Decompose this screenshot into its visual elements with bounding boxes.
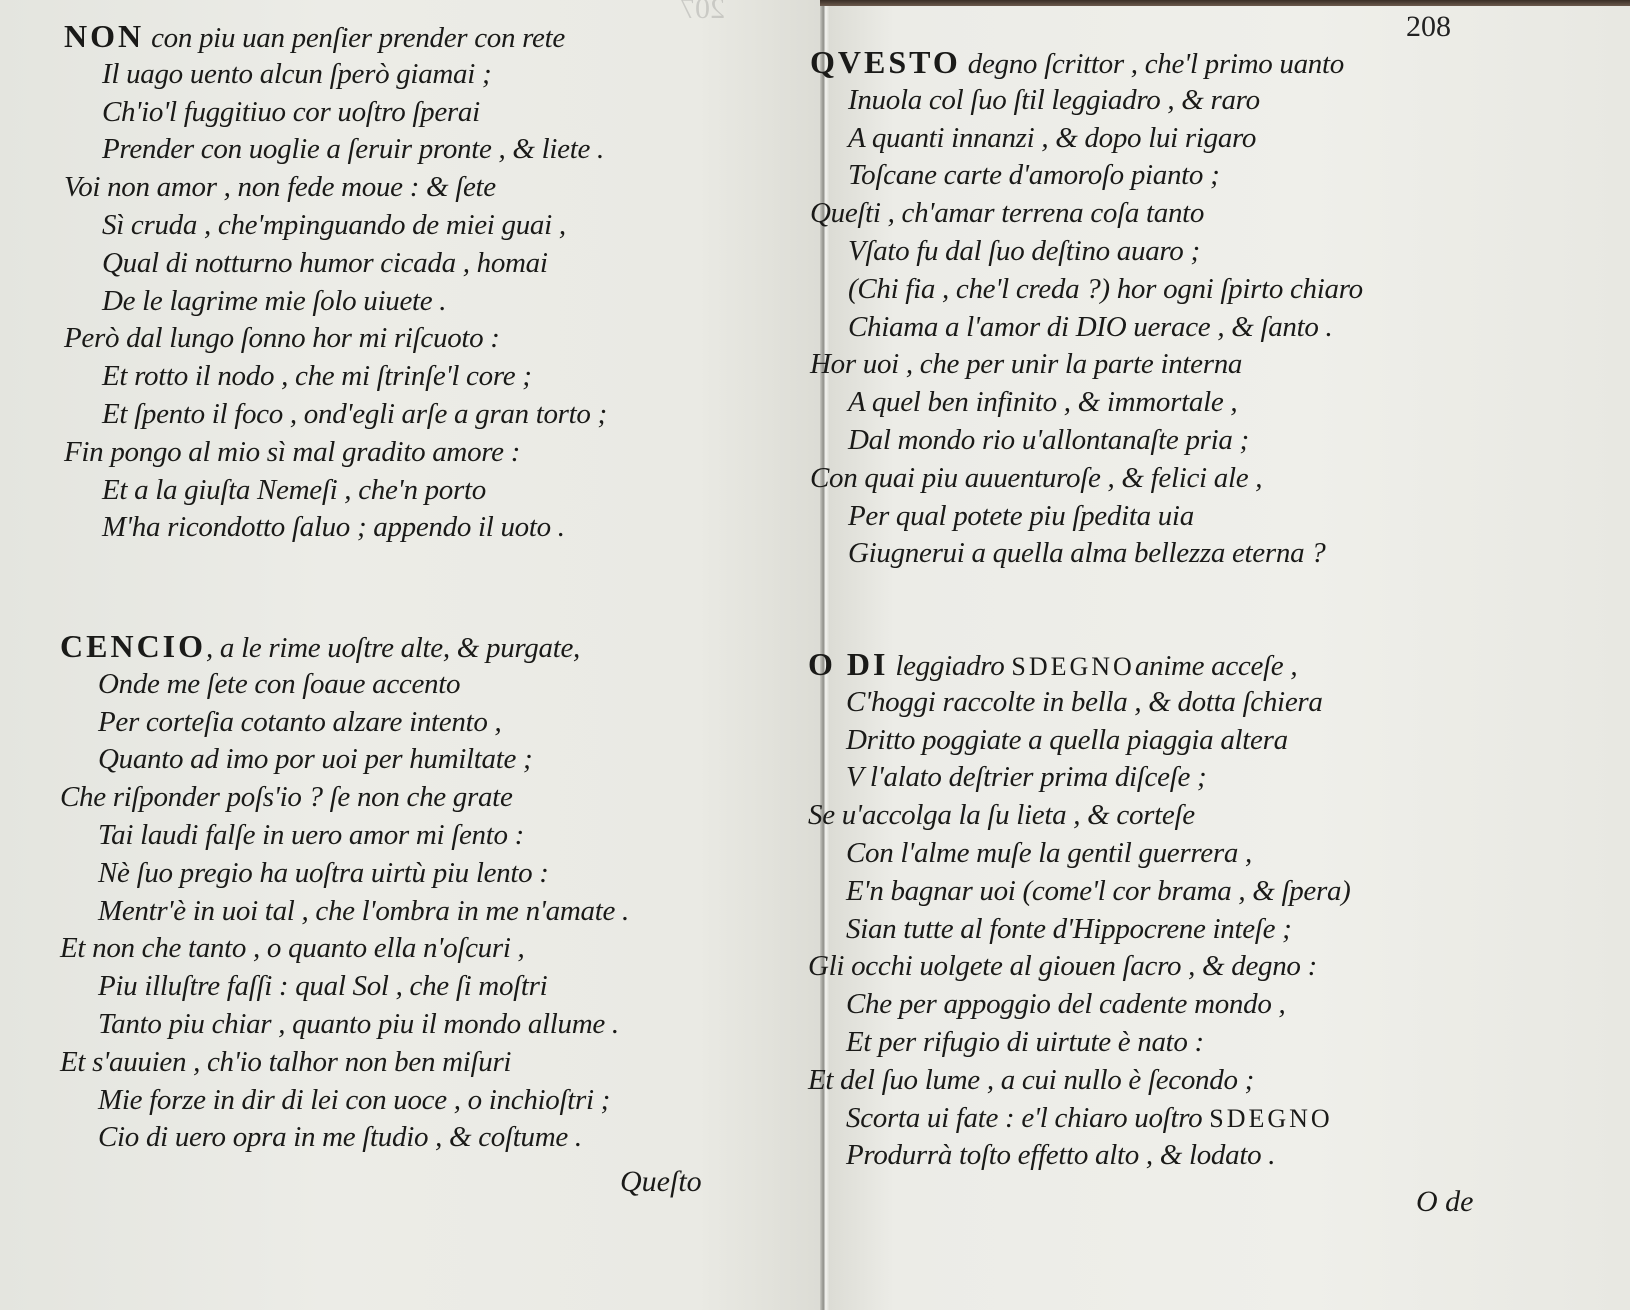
- poem-line: Ch'io'l fuggitiuo cor uoſtro ſperai: [64, 94, 607, 132]
- first-word-caps: CENCIO: [60, 628, 206, 664]
- poem-line: Qual di notturno humor cicada , homai: [64, 245, 607, 283]
- poem-line: Con l'alme muſe la gentil guerrera ,: [808, 835, 1351, 873]
- poem-line: Per corteſia cotanto alzare intento ,: [60, 704, 629, 742]
- poem-line: Il uago uento alcun ſperò giamai ;: [64, 56, 607, 94]
- poem-line: Onde me ſete con ſoaue accento: [60, 666, 629, 704]
- poem-line: A quel ben infinito , & immortale ,: [810, 384, 1363, 422]
- poem-line: Gli occhi uolgete al giouen ſacro , & de…: [808, 948, 1351, 986]
- poem-line: Vſato fu dal ſuo deſtino auaro ;: [810, 233, 1363, 271]
- first-line-text: con piu uan penſier prender con rete: [151, 22, 565, 54]
- poem-line: Se u'accolga la ſu lieta , & corteſe: [808, 797, 1351, 835]
- poem-line: Prender con uoglie a ſeruir pronte , & l…: [64, 131, 607, 169]
- book-spread: 207 NON con piu uan penſier prender con …: [0, 0, 1630, 1310]
- poem-line: Produrrà toſto effetto alto , & lodato .: [808, 1137, 1351, 1175]
- poem-line: CENCIO, a le rime uoſtre alte, & purgate…: [60, 628, 629, 666]
- first-line-text: , a le rime uoſtre alte, & purgate,: [206, 632, 580, 664]
- poem-line: Toſcane carte d'amoroſo pianto ;: [810, 157, 1363, 195]
- first-line-text: degno ſcrittor , che'l primo uanto: [968, 48, 1344, 80]
- poem-line: Queſti , ch'amar terrena coſa tanto: [810, 195, 1363, 233]
- left-sonnet-1: NON con piu uan penſier prender con rete…: [64, 18, 607, 547]
- first-word-caps: O DI: [808, 646, 888, 682]
- catchword: O de: [1416, 1185, 1473, 1219]
- poem-line: O DI leggiadro SDEGNOanime acceſe ,: [808, 646, 1351, 684]
- poem-line: C'hoggi raccolte in bella , & dotta ſchi…: [808, 684, 1351, 722]
- poem-line: Et ſpento il foco , ond'egli arſe a gran…: [64, 396, 607, 434]
- poem-line: (Chi fia , che'l creda ?) hor ogni ſpirt…: [810, 271, 1363, 309]
- poem-line: Tai laudi falſe in uero amor mi ſento :: [60, 817, 629, 855]
- poem-line: Mie forze in dir di lei con uoce , o inc…: [60, 1082, 629, 1120]
- poem-line: Che per appoggio del cadente mondo ,: [808, 986, 1351, 1024]
- catchword: Queſto: [620, 1165, 702, 1199]
- binding-edge: [820, 0, 1630, 6]
- first-word-caps: NON: [64, 18, 144, 54]
- poem-line: Nè ſuo pregio ha uoſtra uirtù piu lento …: [60, 855, 629, 893]
- right-sonnet-1: QVESTO degno ſcrittor , che'l primo uant…: [810, 44, 1363, 573]
- poem-line: Et s'auuien , ch'io talhor non ben miſur…: [60, 1044, 629, 1082]
- poem-line: Et non che tanto , o quanto ella n'oſcur…: [60, 930, 629, 968]
- page-number: 208: [1406, 10, 1451, 44]
- poem-line: Mentr'è in uoi tal , che l'ombra in me n…: [60, 893, 629, 931]
- poem-line: Dritto poggiate a quella piaggia altera: [808, 722, 1351, 760]
- poem-line: E'n bagnar uoi (come'l cor brama , & ſpe…: [808, 873, 1351, 911]
- left-page: 207 NON con piu uan penſier prender con …: [0, 0, 820, 1310]
- poem-line: QVESTO degno ſcrittor , che'l primo uant…: [810, 44, 1363, 82]
- poem-line: M'ha ricondotto ſaluo ; appendo il uoto …: [64, 509, 607, 547]
- first-word-caps: QVESTO: [810, 44, 961, 80]
- poem-line: Giugnerui a quella alma bellezza eterna …: [810, 535, 1363, 573]
- right-sonnet-2: O DI leggiadro SDEGNOanime acceſe , C'ho…: [808, 646, 1351, 1175]
- poem-line: Che riſponder poſs'io ? ſe non che grate: [60, 779, 629, 817]
- poem-line: Sì cruda , che'mpinguando de miei guai ,: [64, 207, 607, 245]
- poem-line: Cio di uero opra in me ſtudio , & coſtum…: [60, 1119, 629, 1157]
- poem-line: Quanto ad imo por uoi per humiltate ;: [60, 741, 629, 779]
- poem-line: Voi non amor , non fede moue : & ſete: [64, 169, 607, 207]
- poem-line: Tanto piu chiar , quanto piu il mondo al…: [60, 1006, 629, 1044]
- poem-line: Però dal lungo ſonno hor mi riſcuoto :: [64, 320, 607, 358]
- left-sonnet-2: CENCIO, a le rime uoſtre alte, & purgate…: [60, 628, 629, 1157]
- first-line-text: leggiadro: [895, 650, 1004, 682]
- poem-line: V l'alato deſtrier prima diſceſe ;: [808, 759, 1351, 797]
- poem-line-text: Scorta ui fate : e'l chiaro uoſtro: [846, 1102, 1202, 1134]
- poem-line: Et rotto il nodo , che mi ſtrinſe'l core…: [64, 358, 607, 396]
- poem-line: Et del ſuo lume , a cui nullo è ſecondo …: [808, 1062, 1351, 1100]
- poem-line: A quanti innanzi , & dopo lui rigaro: [810, 120, 1363, 158]
- right-page: 208 QVESTO degno ſcrittor , che'l primo …: [830, 0, 1630, 1310]
- poem-line: Chiama a l'amor di DIO uerace , & ſanto …: [810, 309, 1363, 347]
- poem-line: Fin pongo al mio sì mal gradito amore :: [64, 434, 607, 472]
- poem-line: Sian tutte al fonte d'Hippocrene inteſe …: [808, 911, 1351, 949]
- sdegno-caps: SDEGNO: [1209, 1104, 1332, 1133]
- poem-line: Dal mondo rio u'allontanaſte pria ;: [810, 422, 1363, 460]
- poem-line: De le lagrime mie ſolo uiuete .: [64, 283, 607, 321]
- poem-line: Scorta ui fate : e'l chiaro uoſtro SDEGN…: [808, 1100, 1351, 1138]
- poem-line: Inuola col ſuo ſtil leggiadro , & raro: [810, 82, 1363, 120]
- sdegno-caps: SDEGNO: [1011, 652, 1134, 681]
- poem-line: Piu illuſtre faſſi : qual Sol , che ſi m…: [60, 968, 629, 1006]
- poem-line: Et per rifugio di uirtute è nato :: [808, 1024, 1351, 1062]
- first-line-text-end: anime acceſe ,: [1135, 650, 1297, 682]
- ghost-page-number: 207: [680, 0, 725, 26]
- poem-line: Per qual potete piu ſpedita uia: [810, 498, 1363, 536]
- poem-line: Hor uoi , che per unir la parte interna: [810, 346, 1363, 384]
- poem-line: NON con piu uan penſier prender con rete: [64, 18, 607, 56]
- poem-line: Con quai piu auuenturoſe , & felici ale …: [810, 460, 1363, 498]
- poem-line: Et a la giuſta Nemeſi , che'n porto: [64, 472, 607, 510]
